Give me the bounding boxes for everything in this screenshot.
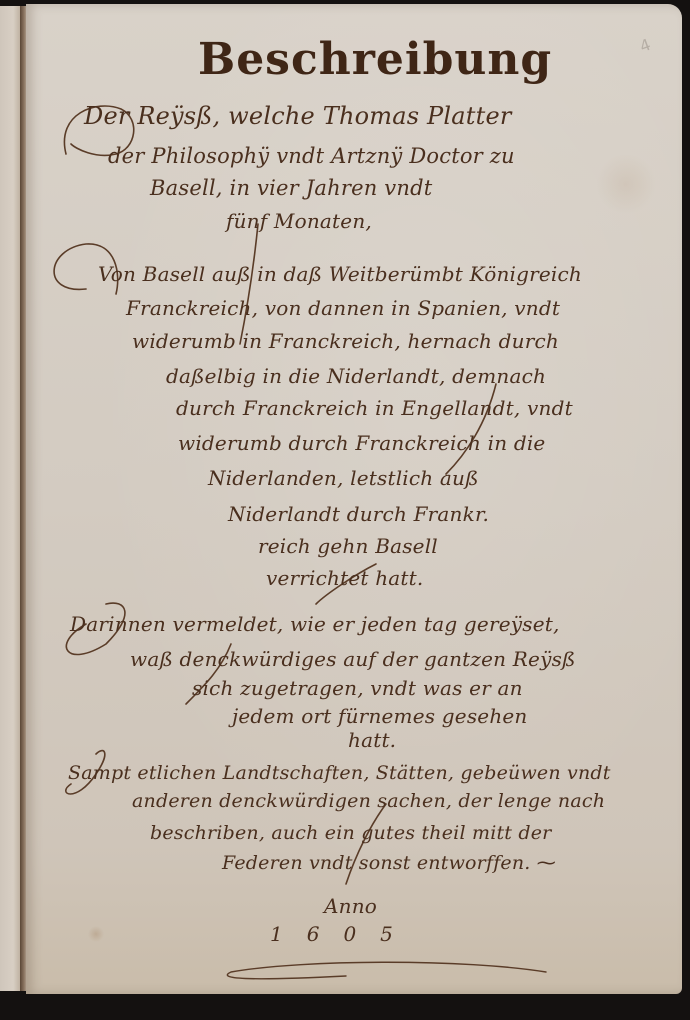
route-line-1: Von Basell auß in daß Weitberümbt Königr…: [98, 262, 582, 286]
heading-line-3: Basell, in vier Jahren vndt: [150, 176, 432, 200]
content-line-2: waß denckwürdiges auf der gantzen Reÿsß: [130, 647, 576, 671]
heading-line-1: Der Reÿsß, welche Thomas Platter: [84, 102, 512, 130]
content-line-1: Darinnen vermeldet, wie er jeden tag ger…: [70, 612, 560, 636]
supplement-line-1: Sampt etlichen Landtschaften, Stätten, g…: [68, 762, 611, 784]
content-line-4: jedem ort fürnemes gesehen: [232, 704, 528, 728]
previous-page-edge: [0, 6, 22, 991]
route-line-5: durch Franckreich in Engellandt, vndt: [176, 396, 573, 420]
manuscript-page: 4 Beschreibung Der Reÿsß, welche Thomas …: [26, 4, 682, 994]
supplement-line-3: beschriben, auch ein gutes theil mitt de…: [150, 822, 551, 844]
route-line-6: widerumb durch Franckreich in die: [178, 431, 545, 455]
colophon-anno: Anno: [324, 894, 377, 918]
route-line-8: Niderlandt durch Frankr.: [228, 502, 489, 526]
heading-line-4: fünf Monaten,: [226, 209, 372, 233]
route-line-2: Franckreich, von dannen in Spanien, vndt: [126, 296, 560, 320]
page-title: Beschreibung: [198, 34, 552, 85]
route-line-10: verrichtet hatt.: [266, 566, 423, 590]
content-line-5: hatt.: [348, 728, 396, 752]
colophon-year: 1605: [270, 922, 417, 946]
content-line-3: sich zugetragen, vndt was er an: [192, 676, 523, 700]
supplement-line-4: Federen vndt sonst entworffen. ⁓: [222, 852, 556, 874]
supplement-line-2: anderen denckwürdigen sachen, der lenge …: [132, 790, 605, 812]
heading-line-2: der Philosophÿ vndt Artznÿ Doctor zu: [108, 144, 515, 168]
route-line-4: daßelbig in die Niderlandt, demnach: [166, 364, 546, 388]
route-line-3: widerumb in Franckreich, hernach durch: [132, 329, 559, 353]
heading-line-1-text: Der Reÿsß, welche Thomas Platter: [84, 102, 512, 130]
route-line-9: reich gehn Basell: [258, 534, 438, 558]
route-line-7: Niderlanden, letstlich auß: [208, 466, 479, 490]
